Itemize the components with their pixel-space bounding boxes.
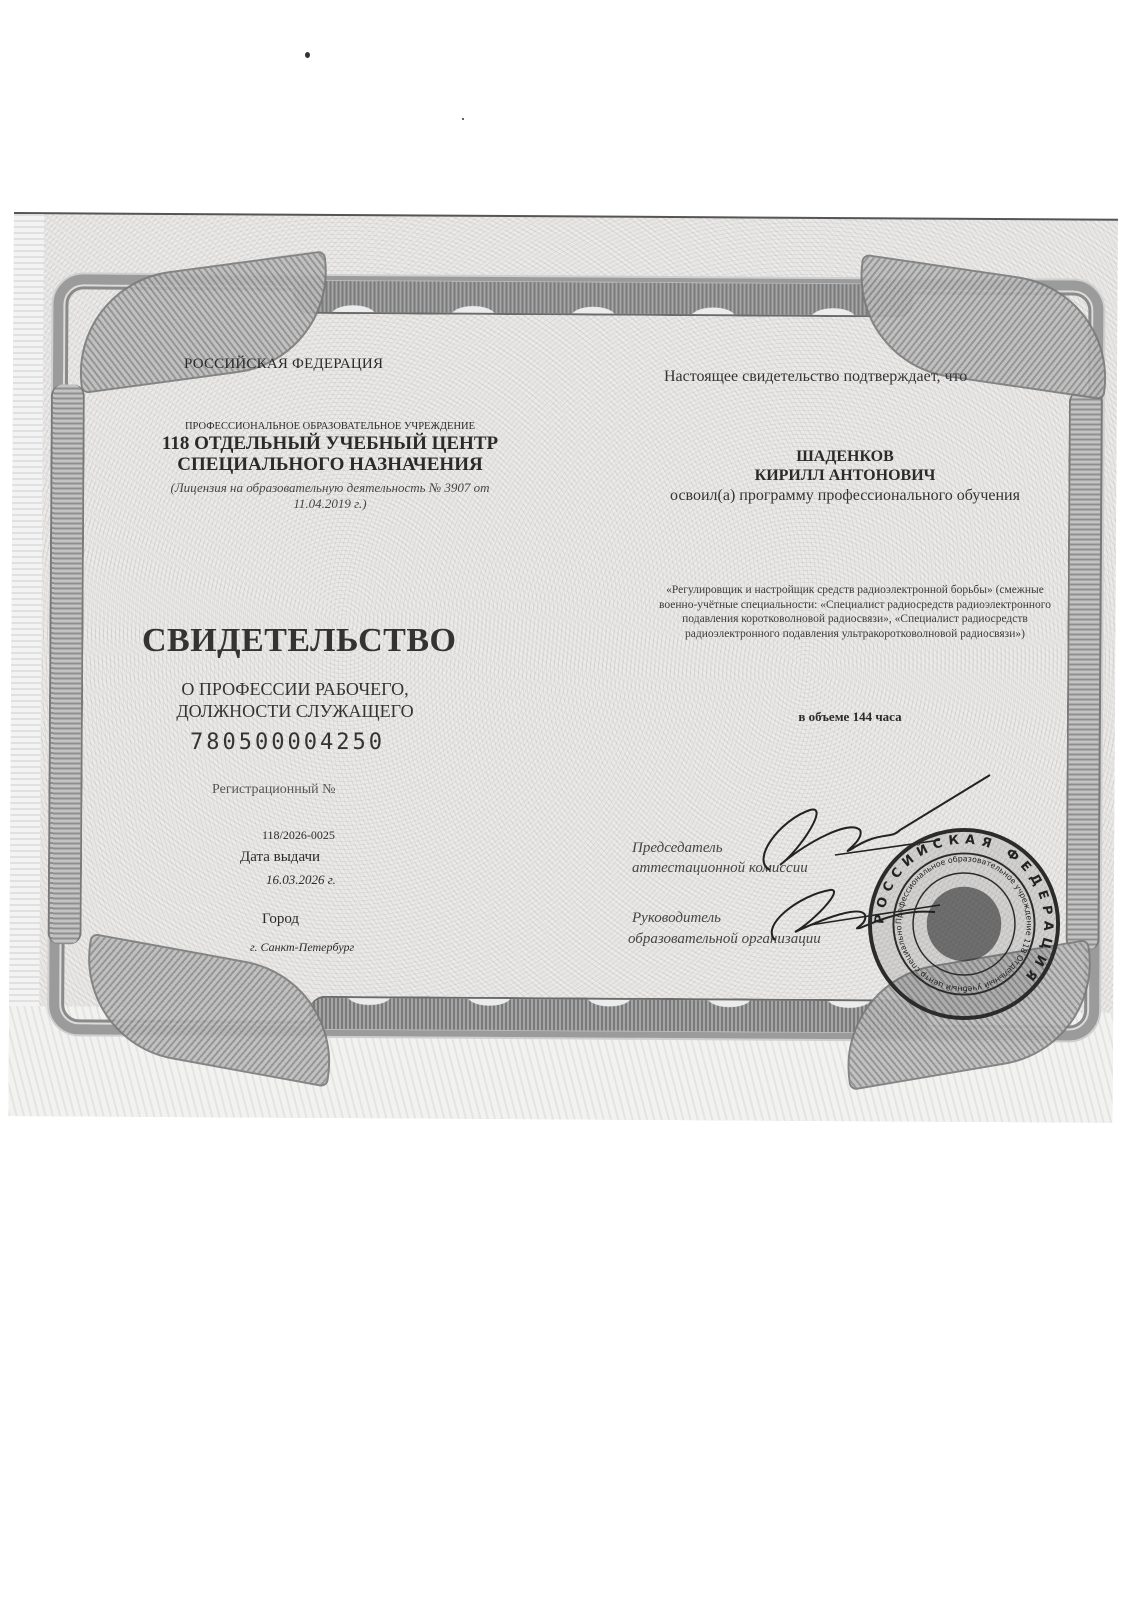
registration-label: Регистрационный №	[212, 782, 336, 798]
mastered-text: освоил(а) программу профессионального об…	[640, 487, 1050, 505]
head-title: Руководитель	[632, 910, 721, 927]
ornament-left-band	[48, 384, 85, 944]
issue-date: 16.03.2026 г.	[266, 872, 336, 888]
city-label: Город	[262, 911, 299, 928]
official-seal-icon: РОССИЙСКАЯ ФЕДЕРАЦИЯ Профессиональное об…	[866, 826, 1062, 1022]
document-title: СВИДЕТЕЛЬСТВО	[142, 622, 456, 660]
license-info: (Лицензия на образовательную деятельност…	[170, 480, 490, 512]
holder-given-names: КИРИЛЛ АНТОНОВИЧ	[640, 467, 1050, 485]
confirmation-text: Настоящее свидетельство подтверждает, чт…	[664, 368, 967, 386]
institution-name: 118 ОТДЕЛЬНЫЙ УЧЕБНЫЙ ЦЕНТР СПЕЦИАЛЬНОГО…	[140, 433, 520, 475]
ornament-right-band	[1066, 390, 1103, 950]
ornament-bottom-band	[309, 996, 929, 1034]
scan-speck	[462, 118, 464, 120]
document-subtitle: О ПРОФЕССИИ РАБОЧЕГО, ДОЛЖНОСТИ СЛУЖАЩЕГ…	[140, 678, 450, 722]
issue-date-label: Дата выдачи	[240, 849, 320, 866]
program-description: «Регулировщик и настройщик средств радио…	[650, 583, 1060, 641]
scan-speck	[305, 52, 310, 58]
program-volume: в объеме 144 часа	[640, 709, 1060, 725]
scan-edge	[8, 214, 44, 1116]
institution-type: ПРОФЕССИОНАЛЬНОЕ ОБРАЗОВАТЕЛЬНОЕ УЧРЕЖДЕ…	[150, 421, 510, 432]
ornament-top-band	[293, 280, 913, 318]
registration-number: 118/2026-0025	[262, 828, 335, 843]
city: г. Санкт-Петербург	[250, 940, 354, 955]
holder-surname: ШАДЕНКОВ	[640, 448, 1050, 466]
serial-number: 780500004250	[190, 730, 385, 755]
country-name: РОССИЙСКАЯ ФЕДЕРАЦИЯ	[184, 356, 383, 373]
chairman-title: Председатель	[632, 840, 723, 857]
